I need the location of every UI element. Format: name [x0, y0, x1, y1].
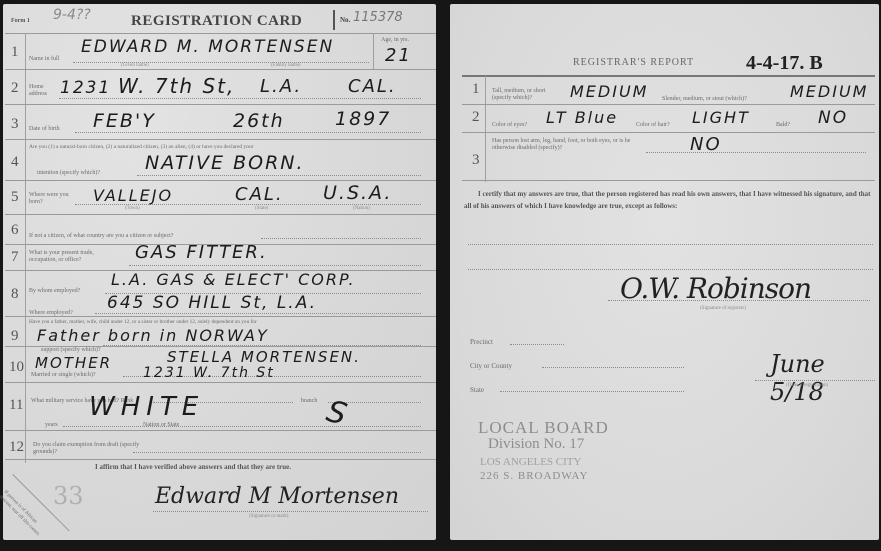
years-label: years: [45, 422, 58, 428]
pencil-mark: 9-4??: [53, 7, 91, 23]
row-number-8: 8: [11, 286, 19, 303]
hair-color-label: Color of hair?: [636, 122, 670, 128]
height-label: Tall, medium, or short (specify which)?: [492, 88, 564, 102]
birth-nation: U.S.A.: [323, 182, 392, 204]
corner-pencil-number: 33: [53, 482, 84, 510]
mother-name: STELLA MORTENSEN.: [167, 348, 361, 366]
address-street: W. 7th St,: [118, 74, 235, 98]
home-address-label: Home address: [29, 84, 55, 98]
date-caption: (Date of registration): [786, 383, 828, 388]
serial-number-box: No. 115378: [333, 10, 419, 30]
dependents-label: support (specify which)?: [41, 347, 101, 353]
stout-mark: S: [323, 394, 352, 433]
marital-label: Married or single (which)?: [31, 372, 95, 378]
signature-caption: (Signature or mark): [249, 514, 288, 519]
tear-corner-note: If person is of African descent, tear of…: [0, 489, 49, 541]
row-number-5: 5: [11, 189, 19, 206]
age-label: Age, in yrs.: [381, 37, 409, 43]
report-code: 4-4-17. B: [746, 52, 823, 75]
bald-value: NO: [818, 108, 848, 128]
stamp-line-2: Division No. 17: [488, 436, 584, 453]
employer-value: L.A. GAS & ELECT' CORP.: [111, 270, 356, 289]
address-state: CAL.: [348, 76, 397, 97]
report-title: REGISTRAR'S REPORT: [573, 57, 694, 68]
form-label: Form 1: [11, 18, 30, 24]
row-number-2: 2: [11, 80, 19, 97]
exemption-label: Do you claim exemption from draft (speci…: [33, 442, 153, 456]
address-city: L.A.: [260, 76, 302, 97]
branch-label: branch: [301, 398, 317, 404]
birth-state: CAL.: [235, 184, 284, 205]
eye-color-label: Color of eyes?: [492, 122, 527, 128]
serial-number: 115378: [353, 10, 403, 25]
bald-label: Bald?: [776, 122, 790, 128]
dob-month: FEB'Y: [93, 110, 156, 132]
disability-value: NO: [690, 134, 722, 155]
row-number-1: 1: [11, 44, 19, 61]
certification-text: I certify that my answers are true, that…: [464, 188, 876, 212]
registration-date: June 5/18: [770, 350, 879, 406]
name-value: EDWARD M. MORTENSEN: [81, 37, 334, 57]
town-caption: (Town): [125, 206, 140, 211]
nation-caption: (Nation): [353, 206, 370, 211]
row-number-10: 10: [9, 359, 24, 376]
city-county-label: City or County: [470, 362, 512, 370]
row-number-9: 9: [11, 328, 19, 345]
row-number-7: 7: [11, 249, 19, 266]
number-column-divider: [485, 76, 486, 182]
age-value: 21: [385, 45, 412, 66]
affirmation-text: I affirm that I have verified above answ…: [95, 463, 291, 471]
citizenship-question: Are you (1) a natural-born citizen, (2) …: [29, 144, 254, 150]
employment-place-value: 645 SO HILL St, L.A.: [107, 293, 317, 313]
foreign-citizen-label: If not a citizen, of what country are yo…: [29, 233, 173, 239]
report-row-number-3: 3: [472, 152, 480, 169]
citizenship-value: NATIVE BORN.: [145, 152, 305, 174]
occupation-value: GAS FITTER.: [135, 242, 268, 263]
report-row-number-2: 2: [472, 109, 480, 126]
dob-label: Date of birth: [29, 126, 60, 132]
registrars-report-card: REGISTRAR'S REPORT 4-4-17. B 1 Tall, med…: [450, 4, 879, 540]
report-row-number-1: 1: [472, 81, 480, 98]
name-label: Name in full: [29, 56, 59, 62]
address-number: 1231: [60, 78, 111, 98]
given-name-caption: (Given name): [121, 63, 149, 68]
dob-day: 26th: [233, 110, 285, 132]
occupation-label: What is your present trade, occupation, …: [29, 250, 99, 264]
registration-card: Form 1 9-4?? REGISTRATION CARD No. 11537…: [3, 4, 436, 540]
precinct-label: Precinct: [470, 338, 493, 346]
mother-address: 1231 W. 7th St: [143, 365, 275, 381]
number-column-divider: [25, 33, 26, 463]
stamp-line-3: LOS ANGELES CITY: [480, 456, 581, 468]
row-number-4: 4: [11, 154, 19, 171]
birthplace-label: Where were you born?: [29, 192, 75, 206]
marital-value: MOTHER: [35, 354, 112, 372]
row-number-3: 3: [11, 116, 19, 133]
nation-state-label: Nation or State: [143, 422, 179, 428]
registrant-signature: Edward M Mortensen: [155, 484, 399, 509]
state-caption: (State): [255, 206, 268, 211]
registrar-signature-caption: (Signature of registrar): [700, 306, 746, 311]
divider: [5, 33, 436, 34]
dependents-question: Have you a father, mother, wife, child u…: [29, 319, 257, 325]
dob-year: 1897: [335, 108, 391, 130]
stamp-line-4: 226 S. BROADWAY: [480, 470, 588, 482]
serial-label: No.: [340, 16, 350, 24]
row-number-6: 6: [11, 222, 19, 239]
employment-place-label: Where employed?: [29, 310, 73, 316]
age-divider: [373, 33, 374, 69]
dependents-value: Father born in NORWAY: [37, 326, 269, 345]
stamp-line-1: LOCAL BOARD: [478, 418, 609, 438]
birth-town: VALLEJO: [93, 186, 173, 205]
family-name-caption: (Family name): [271, 63, 301, 68]
build-label: Slender, medium, or stout (which)?: [662, 96, 747, 102]
build-value: MEDIUM: [790, 82, 868, 101]
row-number-11: 11: [9, 397, 23, 414]
eye-color-value: LT Blue: [546, 108, 618, 127]
state-label: State: [470, 386, 484, 394]
employer-label: By whom employed?: [29, 288, 80, 294]
race-value: WHITE: [89, 392, 204, 422]
disability-label: Has person lost arm, leg, hand, foot, or…: [492, 138, 642, 152]
hair-color-value: LIGHT: [692, 108, 750, 127]
row-number-12: 12: [9, 439, 24, 456]
height-value: MEDIUM: [570, 82, 648, 101]
card-title: REGISTRATION CARD: [131, 13, 302, 30]
citizenship-label: intention (specify which)?: [37, 170, 100, 176]
